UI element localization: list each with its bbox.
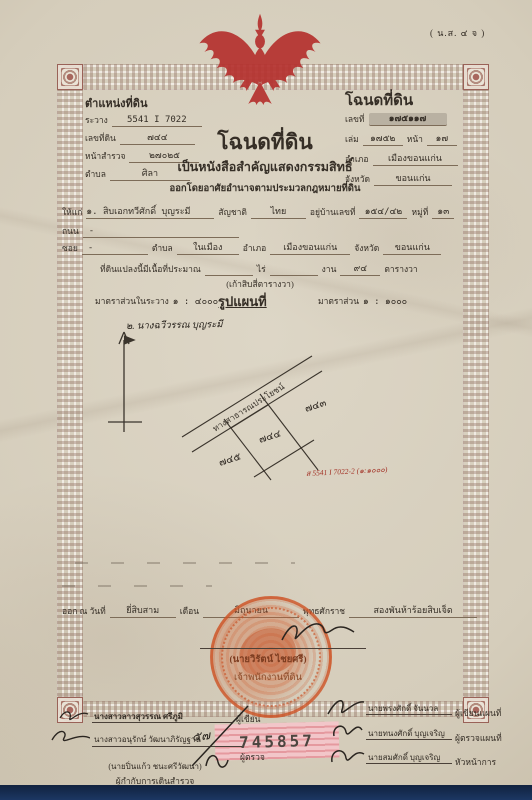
map-writer-role: ผู้เขียนแผนที่ xyxy=(455,706,501,720)
map-checker-line xyxy=(366,739,452,740)
grantee-province-value: ขอนแก่น xyxy=(383,242,441,255)
map-writer-signature xyxy=(326,696,366,718)
position-tambon-label: ตำบล xyxy=(85,167,106,181)
parcel-right-number: ๗๔๓ xyxy=(304,398,328,415)
scan-background-strip xyxy=(0,785,532,800)
grantee-tambon-label: ตำบล xyxy=(152,241,173,255)
deed-page-value: ๑๗ xyxy=(427,133,457,146)
road-label: ถนน xyxy=(62,224,79,238)
officer-signature-line xyxy=(200,648,366,649)
scale-in-sheet-value: ๑ : ๔๐๐๐ xyxy=(173,294,218,308)
road-value: - xyxy=(83,225,239,238)
issue-day: ยี่สิบสาม xyxy=(110,605,176,618)
deed-page-label: หน้า xyxy=(407,132,423,146)
form-code: ( น.ส. ๔ จ ) xyxy=(430,26,485,40)
scale-in-sheet-label: มาตราส่วนในระวาง xyxy=(95,294,169,308)
deed-document: ( น.ส. ๔ จ ) ตำแหน่งที่ดิน ระวาง 5541 I … xyxy=(0,0,532,800)
issue-month-label: เดือน xyxy=(180,604,199,618)
nationality-value: ไทย xyxy=(251,206,306,219)
soi-value: - xyxy=(82,242,148,255)
nationality-label: สัญชาติ xyxy=(218,205,247,219)
area-intro: ที่ดินแปลงนี้มีเนื้อที่ประมาณ xyxy=(100,262,201,276)
survey-supervisor-name: (นายปิ่นแก้ว ชนะศรีวัฒนา) xyxy=(70,760,240,773)
position-block-title: ตำแหน่งที่ดิน xyxy=(85,94,147,112)
dash-row xyxy=(75,562,295,564)
section-head-role: หัวหน้าการ xyxy=(455,755,496,769)
border-rosette-top-right xyxy=(463,64,489,90)
checker-name: นางสาวอนุรักษ์ วัฒนาภิรัญฐาน xyxy=(94,733,201,746)
area-in-words: (เก้าสิบสี่ตารางวา) xyxy=(180,277,340,291)
map-checker-role: ผู้ตรวจแผนที่ xyxy=(455,731,502,745)
map-checker-signature xyxy=(330,722,366,742)
grantee-name: ๑. สิบเอกทวีศักดิ์ บุญระมี xyxy=(86,206,214,219)
deed-no-label: เลขที่ xyxy=(345,112,365,126)
area-rai-value xyxy=(205,275,253,276)
soi-label: ซอย xyxy=(62,241,78,255)
section-head-signature xyxy=(328,746,366,768)
ravang-label: ระวาง xyxy=(85,113,108,127)
grantee-amphoe-label: อำเภอ xyxy=(243,241,267,255)
land-no-label: เลขที่ดิน xyxy=(85,131,116,145)
map-writer-line xyxy=(366,714,452,715)
border-rosette-top-left xyxy=(57,64,83,90)
area-wa-label: ตารางวา xyxy=(384,262,417,276)
garuda-emblem-icon xyxy=(192,10,328,120)
writer-signature xyxy=(58,708,90,722)
deed-no-value: ๑๗๕๑๑๗ xyxy=(369,113,447,126)
checker-signature xyxy=(50,728,90,746)
officer-title: เจ้าพนักงานที่ดิน xyxy=(188,670,348,685)
issue-prefix: ออก ณ วันที่ xyxy=(62,604,106,618)
moo-label: หมู่ที่ xyxy=(411,205,428,219)
officer-name: (นายวิรัตน์ ไชยศรี) xyxy=(188,652,348,667)
address-value: ๑๕๔/๔๒ xyxy=(359,206,407,219)
deed-subtitle: เป็นหนังสือสำคัญแสดงกรรมสิทธิ์ xyxy=(120,157,410,177)
road-name-label: ทางสาธารณประโยชน์ xyxy=(211,381,286,433)
moo-value: ๑๓ xyxy=(432,206,454,219)
sheet-note-handwritten: ส 5541 I 7022-2 (๑:๑๐๐๐) xyxy=(306,465,388,478)
parcel-left-number: ๗๔๕ xyxy=(218,451,243,469)
issue-year: สองพันห้าร้อยสิบเจ็ด xyxy=(349,605,477,618)
dash-row xyxy=(62,585,212,587)
grantee-tambon-value: ในเมือง xyxy=(177,242,239,255)
area-wa-value: ๙๔ xyxy=(340,263,380,276)
area-ngan-value xyxy=(270,275,318,276)
area-ngan-label: งาน xyxy=(322,262,337,276)
section-head-line xyxy=(366,763,452,764)
officer-signature xyxy=(278,614,358,648)
map-title: รูปแผนที่ xyxy=(218,291,267,312)
parcel-sketch-map: ทางสาธารณประโยชน์ ๗๔๓ ๗๔๔ ๗๔๕ ส 5541 I 7… xyxy=(88,328,450,543)
parcel-center-number: ๗๔๔ xyxy=(258,428,283,446)
grantee-to-label: ให้แก่ xyxy=(62,205,82,219)
deed-title: โฉนดที่ดิน xyxy=(140,126,390,159)
deed-authority-line: ออกโดยอาศัยอำนาจตามประมวลกฎหมายที่ดิน xyxy=(120,181,410,196)
grantee-province-label: จังหวัด xyxy=(354,241,379,255)
map-scale-label: มาตราส่วน xyxy=(318,294,359,308)
deed-block-title: โฉนดที่ดิน xyxy=(345,88,413,112)
area-rai-label: ไร่ xyxy=(257,262,266,276)
grantee-amphoe-value: เมืองขอนแก่น xyxy=(270,242,350,255)
map-scale-value: ๑ : ๑๐๐๐ xyxy=(363,294,407,308)
address-label: อยู่บ้านเลขที่ xyxy=(310,205,356,219)
